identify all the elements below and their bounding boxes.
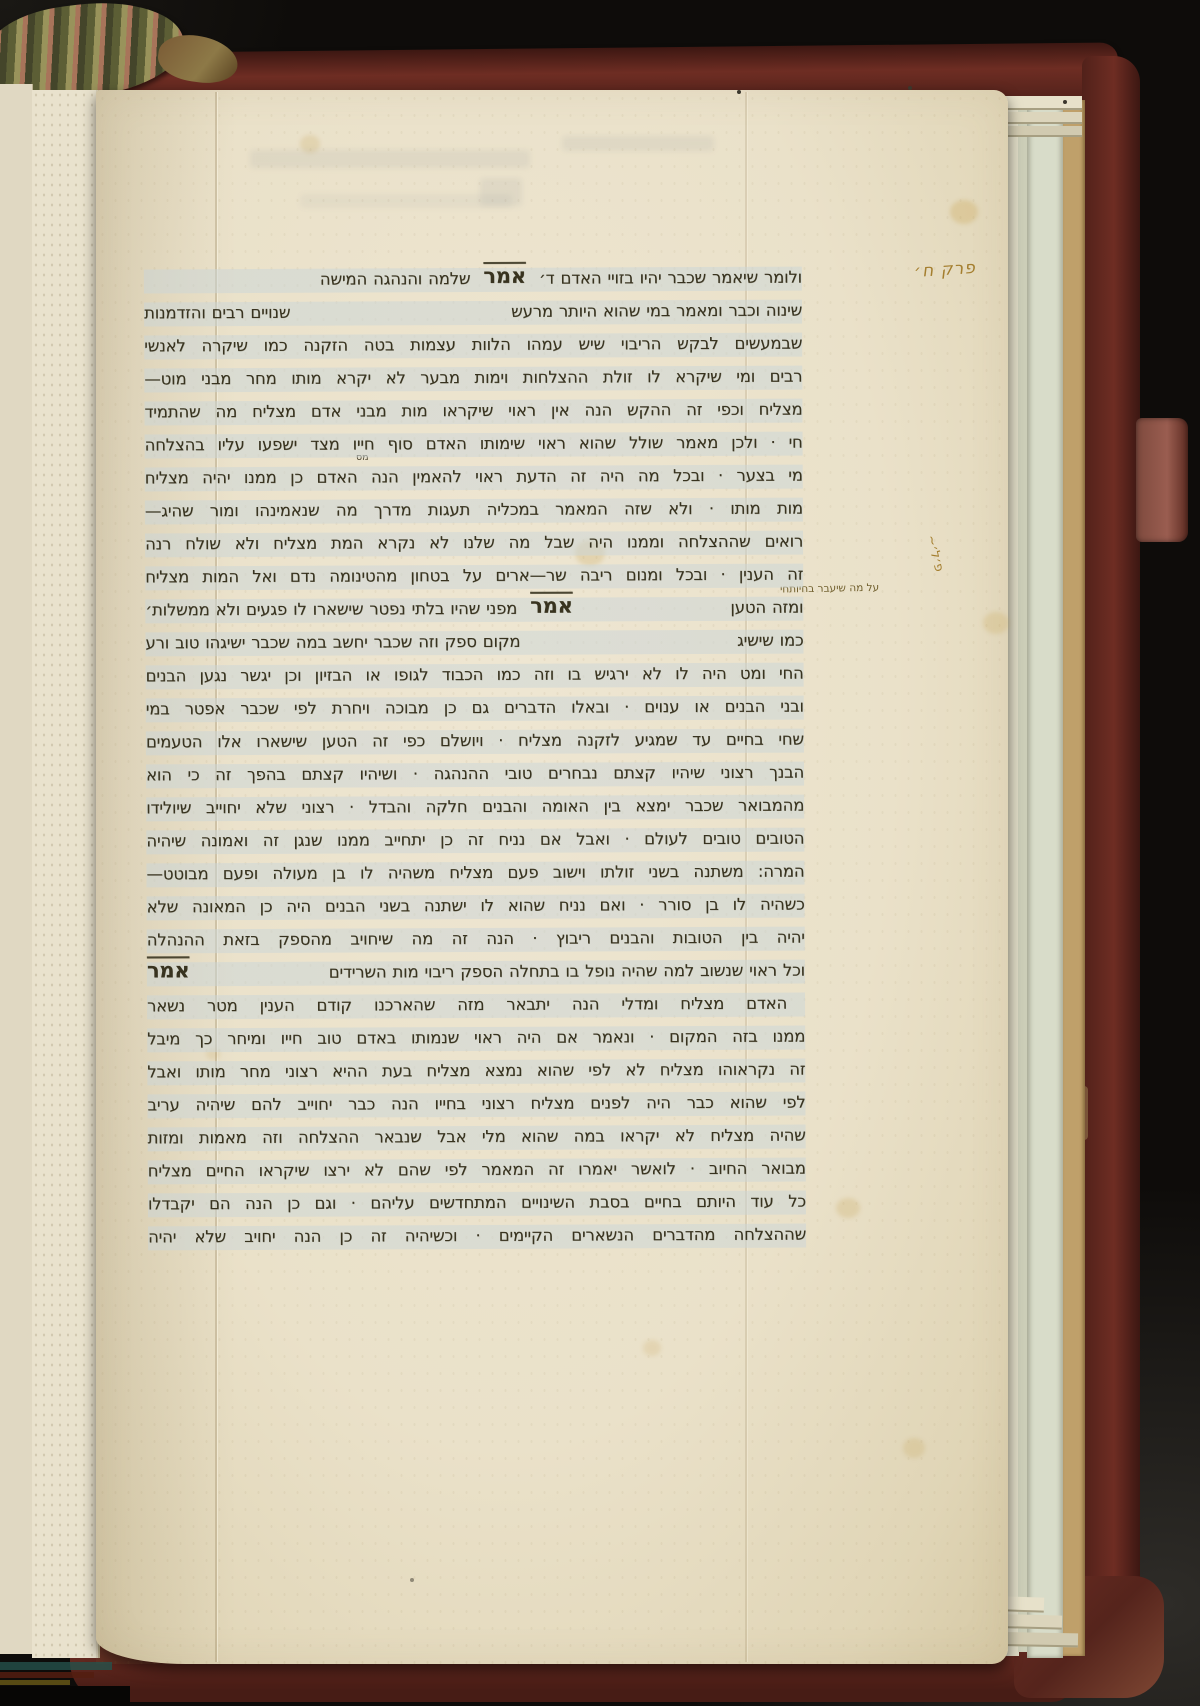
lemma-word: אמר [147,958,190,982]
page-stack-gilt-edge [1063,100,1085,1656]
clasp-strap-remnant [1136,418,1188,542]
line-segment: המרה: משתנה בשני זולתו וישוב פעם מצליח מ… [146,862,804,884]
line-segment: חי · ולכן מאמר שולל שהוא ראוי שימותו האד… [145,433,803,455]
line-segment: שהיה מצליח לא יקראו במה שהוא מלי אבל שנב… [148,1126,806,1148]
line-gap [586,595,718,596]
line-segment: ולומר שיאמר שכבר יהיו בזויי האדם ד׳ [539,265,802,292]
underlying-leaf [32,90,100,1658]
manuscript-line: כמו שישיגמקום ספק וזה שכבר יחשב במה שכבר… [145,628,803,664]
line-segment: ומזה הטען [730,595,803,621]
ink-speck [1063,100,1067,104]
manuscript-line: הבנך רצוני שיהיו קצתם נבחרים טובי ההנהגה… [146,760,804,796]
leather-cover-right-edge [1082,56,1140,1696]
foxing-stain [950,200,978,224]
lemma-word: אמר [530,594,573,618]
manuscript-line: שינוה וכבר ומאמר במי שהוא היותר מרעששנוי… [144,298,802,334]
manuscript-line: מצליח וכפי זה ההקש הנה אין ראוי שיקראו מ… [144,397,802,433]
manuscript-line: שהיה מצליח לא יקראו במה שהוא מלי אבל שנב… [148,1123,806,1159]
line-segment: וכל ראוי שנשוב למה שהיה נופל בו בתחלה הס… [329,958,805,986]
line-segment: מפני שהיו בלתי נפטר שישארו לו פגעים ולא … [145,596,517,624]
line-segment: כל עוד היותם בחיים בסבת השינויים המתחדשי… [148,1192,806,1214]
page-stack-edge [1027,98,1063,1658]
manuscript-line: ולומר שיאמר שכבר יהיו בזויי האדם ד׳אמרשל… [144,265,802,301]
show-through-smudge [480,178,522,206]
show-through-smudge [250,150,530,168]
scan-glitch-strip [0,1686,130,1706]
line-segment: מי בצער · ובכל מה היה זה הדעת ראוי להאמי… [145,466,803,488]
page-stack-edge [1018,100,1027,1652]
line-segment: לפי שהוא כבר היה לפנים מצליח רצוני בחייו… [147,1093,805,1115]
line-segment: רואים שההצלחה וממנו היה שבל מה שלנו לא נ… [145,532,803,554]
line-segment: זה הענין · ובכל ומנום ריבה שר—ארים על בט… [145,565,803,587]
line-segment: זה נקראוהו מצליח לא לפי שהוא נמצא מצליח … [147,1060,805,1082]
line-gap [303,299,498,300]
line-segment: שלמה והנהגה המישה [320,266,471,293]
line-segment: שחי בחיים עד שמגיע לזקנה מצליח · ויושלם … [146,730,804,752]
line-segment: האדם מצליח ומדלי הנה יתבאר מזה שהארכנו ק… [147,994,787,1016]
line-segment: מצליח וכפי זה ההקש הנה אין ראוי שיקראו מ… [144,400,802,422]
manuscript-line: האדם מצליח ומדלי הנה יתבאר מזה שהארכנו ק… [147,991,805,1027]
line-segment: יהיה בין הטובות והבנים ריבוץ · הנה זה מה… [147,928,805,950]
ink-speck [410,1578,414,1582]
line-segment: ובני הבנים או ענוים · ובאלו הדברים גם כן… [146,697,804,719]
foxing-stain [643,1340,661,1356]
manuscript-line: מהמבואר שכבר ימצא בין האומה והבנים חלקה … [146,793,804,829]
line-gap [533,628,724,629]
manuscript-line: שבמעשים לבקש הריבוי שיש עמהו הלוות עצמות… [144,331,802,367]
line-segment: מבואר החיוב · לואשר יאמרו זה המאמר לפי ש… [148,1159,806,1181]
scan-glitch-strip [0,1662,112,1670]
underlying-leaf-edge [0,84,33,1654]
line-segment: שינוה וכבר ומאמר במי שהוא היותר מרעש [511,298,802,325]
foxing-stain [903,1438,925,1458]
show-through-smudge [562,136,714,151]
line-segment: שנויים רבים והזדמנות [144,300,290,327]
manuscript-line: רואים שההצלחה וממנו היה שבל מה שלנו לא נ… [145,529,803,565]
manuscript-line: כל עוד היותם בחיים בסבת השינויים המתחדשי… [148,1189,806,1225]
line-segment: מות מותו · ולא שזה המאמר במכליה תעגות מד… [145,499,803,521]
manuscript-line: הטובים טובים לעולם · ואבל אם נניח זה כן … [146,826,804,862]
manuscript-line: רבים ומי שיקרא לו זולת ההצלחות וימות מבע… [144,364,802,400]
scan-glitch-strip [0,1680,70,1685]
manuscript-line: ממנו בזה המקום · ונאמר אם היה ראוי שנמות… [147,1024,805,1060]
line-segment: שההצלחה מהדברים הנשארים הקיימים · וכשיהי… [148,1225,806,1247]
line-segment: מהמבואר שכבר ימצא בין האומה והבנים חלקה … [146,796,804,818]
manuscript-line: שההצלחה מהדברים הנשארים הקיימים · וכשיהי… [148,1222,806,1258]
manuscript-line: ומזה הטעןאמרמפני שהיו בלתי נפטר שישארו ל… [145,595,803,631]
manuscript-line: זה הענין · ובכל ומנום ריבה שר—ארים על בט… [145,562,803,598]
manuscript-photo-scene: פרק ח׳ פ׳ל׳~ על מה שיעבר בחיותחי מס ולומ… [0,0,1200,1706]
manuscript-line: זה נקראוהו מצליח לא לפי שהוא נמצא מצליח … [147,1057,805,1093]
manuscript-line: ובני הבנים או ענוים · ובאלו הדברים גם כן… [146,694,804,730]
manuscript-line: מות מותו · ולא שזה המאמר במכליה תעגות מד… [145,496,803,532]
lemma-word: אמר [483,264,526,288]
ink-speck [908,86,912,90]
line-segment: כמו שישיג [737,628,804,654]
manuscript-line: חי · ולכן מאמר שולל שהוא ראוי שימותו האד… [145,430,803,466]
line-segment: רבים ומי שיקרא לו זולת ההצלחות וימות מבע… [144,367,802,389]
line-segment: הבנך רצוני שיהיו קצתם נבחרים טובי ההנהגה… [146,763,804,785]
line-segment: שבמעשים לבקש הריבוי שיש עמהו הלוות עצמות… [144,334,802,356]
manuscript-line: לפי שהוא כבר היה לפנים מצליח רצוני בחייו… [147,1090,805,1126]
manuscript-line: המרה: משתנה בשני זולתו וישוב פעם מצליח מ… [146,859,804,895]
manuscript-line: מבואר החיוב · לואשר יאמרו זה המאמר לפי ש… [148,1156,806,1192]
manuscript-line: וכל ראוי שנשוב למה שהיה נופל בו בתחלה הס… [147,958,805,994]
manuscript-line: כשהיה לו בן סורר · ואם נניח שהוא לו ישתנ… [147,892,805,928]
line-segment: הטובים טובים לעולם · ואבל אם נניח זה כן … [146,829,804,851]
line-segment: החי ומט היה לו לא ירגיש בו וזה כמו הכבוד… [146,664,804,686]
ink-speck [737,90,741,94]
scan-glitch-strip [0,1672,94,1678]
foxing-stain [983,612,1009,634]
manuscript-line: שחי בחיים עד שמגיע לזקנה מצליח · ויושלם … [146,727,804,763]
foxing-stain [836,1198,860,1218]
line-segment: מקום ספק וזה שכבר יחשב במה שכבר ישיגהו ט… [145,629,520,657]
line-segment: כשהיה לו בן סורר · ואם נניח שהוא לו ישתנ… [147,895,805,917]
manuscript-line: יהיה בין הטובות והבנים ריבוץ · הנה זה מה… [147,925,805,961]
line-segment: ממנו בזה המקום · ונאמר אם היה ראוי שנמות… [147,1027,805,1049]
manuscript-line: מי בצער · ובכל מה היה זה הדעת ראוי להאמי… [145,463,803,499]
manuscript-line: החי ומט היה לו לא ירגיש בו וזה כמו הכבוד… [146,661,804,697]
manuscript-text-block: ולומר שיאמר שכבר יהיו בזויי האדם ד׳אמרשל… [144,265,806,1258]
